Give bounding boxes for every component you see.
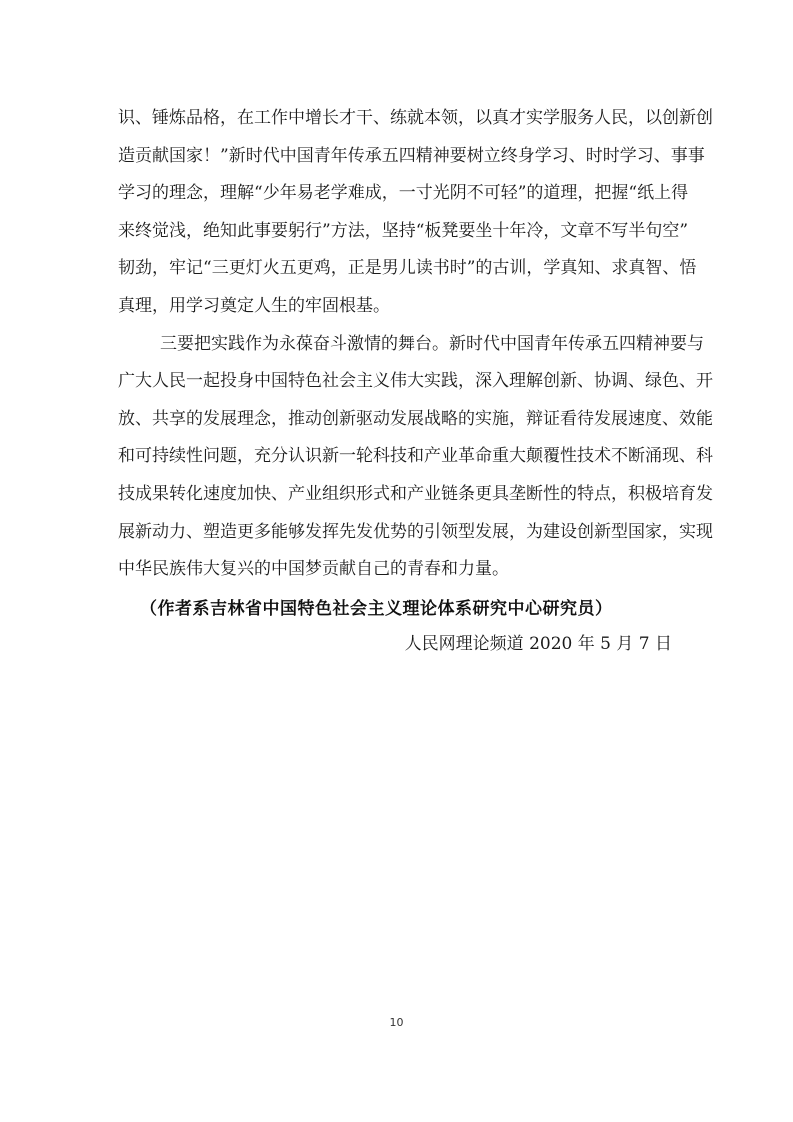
text-line: 韧劲，牢记“三更灯火五更鸡，正是男儿读书时”的古训，学真知、求真智、悟 bbox=[118, 254, 676, 292]
source-date: 人民网理论频道 2020 年 5 月 7 日 bbox=[405, 629, 672, 654]
text-line: 放、共享的发展理念，推动创新驱动发展战略的实施，辩证看待发展速度、效能 bbox=[118, 405, 676, 443]
author-note: （作者系吉林省中国特色社会主义理论体系研究中心研究员） bbox=[140, 594, 613, 619]
text-line: 识、锤炼品格，在工作中增长才干、练就本领，以真才实学服务人民，以创新创 bbox=[118, 104, 676, 142]
text-line: 学习的理念，理解“少年易老学难成，一寸光阴不可轻”的道理，把握“纸上得 bbox=[118, 179, 676, 217]
body-text: 识、锤炼品格，在工作中增长才干、练就本领，以真才实学服务人民，以创新创 造贡献国… bbox=[118, 104, 676, 593]
text-line: 技成果转化速度加快、产业组织形式和产业链条更具垄断性的特点，积极培育发 bbox=[118, 480, 676, 518]
text-line: 广大人民一起投身中国特色社会主义伟大实践，深入理解创新、协调、绿色、开 bbox=[118, 367, 676, 405]
text-line: 展新动力、塑造更多能够发挥先发优势的引领型发展，为建设创新型国家，实现 bbox=[118, 518, 676, 556]
paragraph-three-first-line: 三要把实践作为永葆奋斗激情的舞台。新时代中国青年传承五四精神要与 bbox=[118, 330, 676, 368]
page-number: 10 bbox=[0, 1016, 793, 1029]
text-line: 造贡献国家！”新时代中国青年传承五四精神要树立终身学习、时时学习、事事 bbox=[118, 142, 676, 180]
document-page: 识、锤炼品格，在工作中增长才干、练就本领，以真才实学服务人民，以创新创 造贡献国… bbox=[0, 0, 793, 1122]
text-line: 来终觉浅，绝知此事要躬行”方法，坚持“板凳要坐十年冷，文章不写半句空” bbox=[118, 217, 676, 255]
text-line: 真理，用学习奠定人生的牢固根基。 bbox=[118, 292, 676, 330]
text-line: 中华民族伟大复兴的中国梦贡献自己的青春和力量。 bbox=[118, 555, 676, 593]
text-line: 和可持续性问题，充分认识新一轮科技和产业革命重大颠覆性技术不断涌现、科 bbox=[118, 442, 676, 480]
